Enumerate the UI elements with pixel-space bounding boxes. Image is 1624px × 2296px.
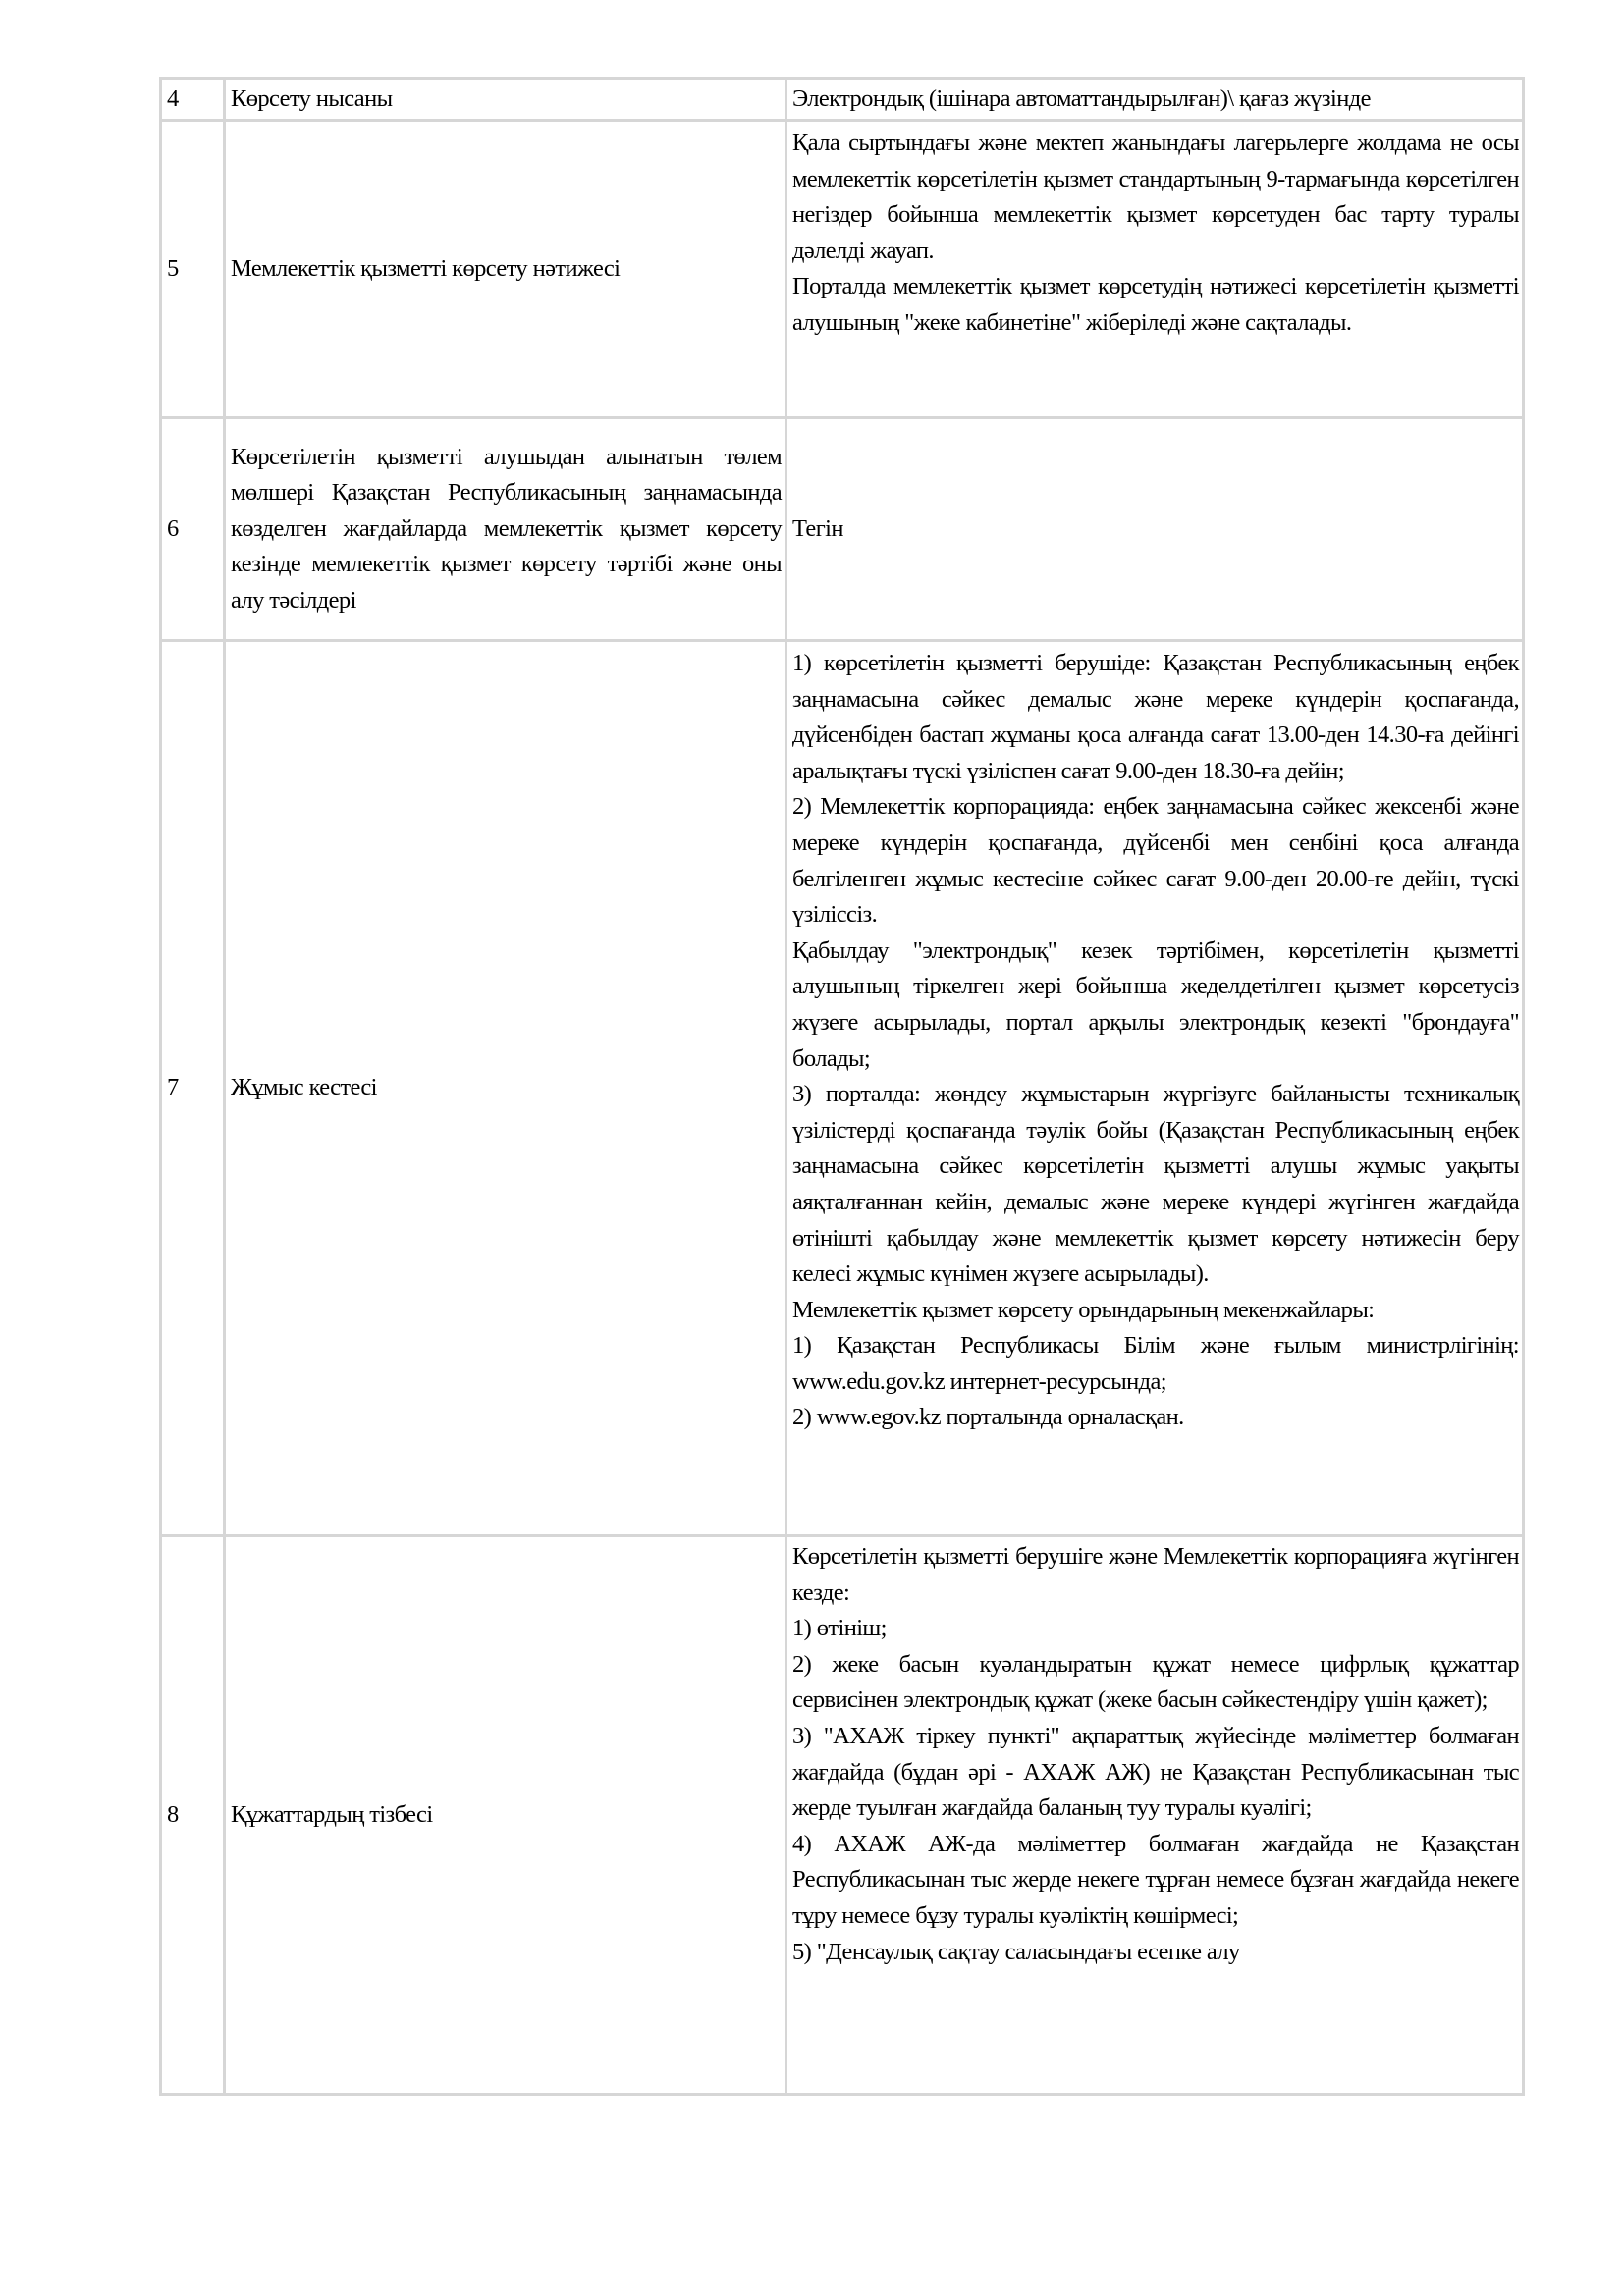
value-paragraph: 2) www.egov.kz порталында орналасқан. [792, 1400, 1519, 1436]
value-paragraph: 1) көрсетілетін қызметті берушіде: Қазақ… [792, 646, 1519, 789]
value-paragraph: 4) АХАЖ АЖ-да мәліметтер болмаған жағдай… [792, 1827, 1519, 1935]
row-label: Жұмыс кестесі [225, 641, 786, 1536]
value-paragraph: 3) "АХАЖ тіркеу пункті" ақпараттық жүйес… [792, 1719, 1519, 1827]
value-paragraph: Порталда мемлекеттік қызмет көрсетудің н… [792, 269, 1519, 341]
row-number: 7 [161, 641, 225, 1536]
value-paragraph: 2) Мемлекеттік корпорацияда: еңбек заңна… [792, 789, 1519, 933]
service-standard-table: 4 Көрсету нысаны Электрондық (ішінара ав… [159, 77, 1525, 2096]
table-row: 4 Көрсету нысаны Электрондық (ішінара ав… [161, 79, 1524, 121]
row-value: Көрсетілетін қызметті берушіге және Мемл… [786, 1536, 1524, 2095]
value-paragraph: Мемлекеттік қызмет көрсету орындарының м… [792, 1293, 1519, 1329]
value-paragraph: Электрондық (ішінара автоматтандырылған)… [792, 81, 1519, 118]
value-paragraph: 5) "Денсаулық сақтау саласындағы есепке … [792, 1935, 1519, 1971]
table-row: 7 Жұмыс кестесі 1) көрсетілетін қызметті… [161, 641, 1524, 1536]
value-paragraph: 1) өтініш; [792, 1611, 1519, 1647]
value-paragraph: Тегін [792, 511, 1519, 548]
row-label: Көрсетілетін қызметті алушыдан алынатын … [225, 418, 786, 641]
row-label: Көрсету нысаны [225, 79, 786, 121]
row-value: Қала сыртындағы және мектеп жанындағы ла… [786, 121, 1524, 418]
value-paragraph: Көрсетілетін қызметті берушіге және Мемл… [792, 1539, 1519, 1611]
row-value: 1) көрсетілетін қызметті берушіде: Қазақ… [786, 641, 1524, 1536]
row-label: Мемлекеттік қызметті көрсету нәтижесі [225, 121, 786, 418]
row-number: 8 [161, 1536, 225, 2095]
table-row: 6 Көрсетілетін қызметті алушыдан алынаты… [161, 418, 1524, 641]
value-paragraph: Қала сыртындағы және мектеп жанындағы ла… [792, 126, 1519, 269]
value-paragraph: Қабылдау "электрондық" кезек тәртібімен,… [792, 934, 1519, 1077]
row-label: Құжаттардың тізбесі [225, 1536, 786, 2095]
value-paragraph: 3) порталда: жөндеу жұмыстарын жүргізуге… [792, 1077, 1519, 1293]
value-paragraph: 1) Қазақстан Республикасы Білім және ғыл… [792, 1328, 1519, 1400]
row-number: 4 [161, 79, 225, 121]
table-row: 5 Мемлекеттік қызметті көрсету нәтижесі … [161, 121, 1524, 418]
value-paragraph: 2) жеке басын куәландыратын құжат немесе… [792, 1647, 1519, 1719]
row-value: Электрондық (ішінара автоматтандырылған)… [786, 79, 1524, 121]
row-number: 5 [161, 121, 225, 418]
row-number: 6 [161, 418, 225, 641]
table-row: 8 Құжаттардың тізбесі Көрсетілетін қызме… [161, 1536, 1524, 2095]
row-value: Тегін [786, 418, 1524, 641]
